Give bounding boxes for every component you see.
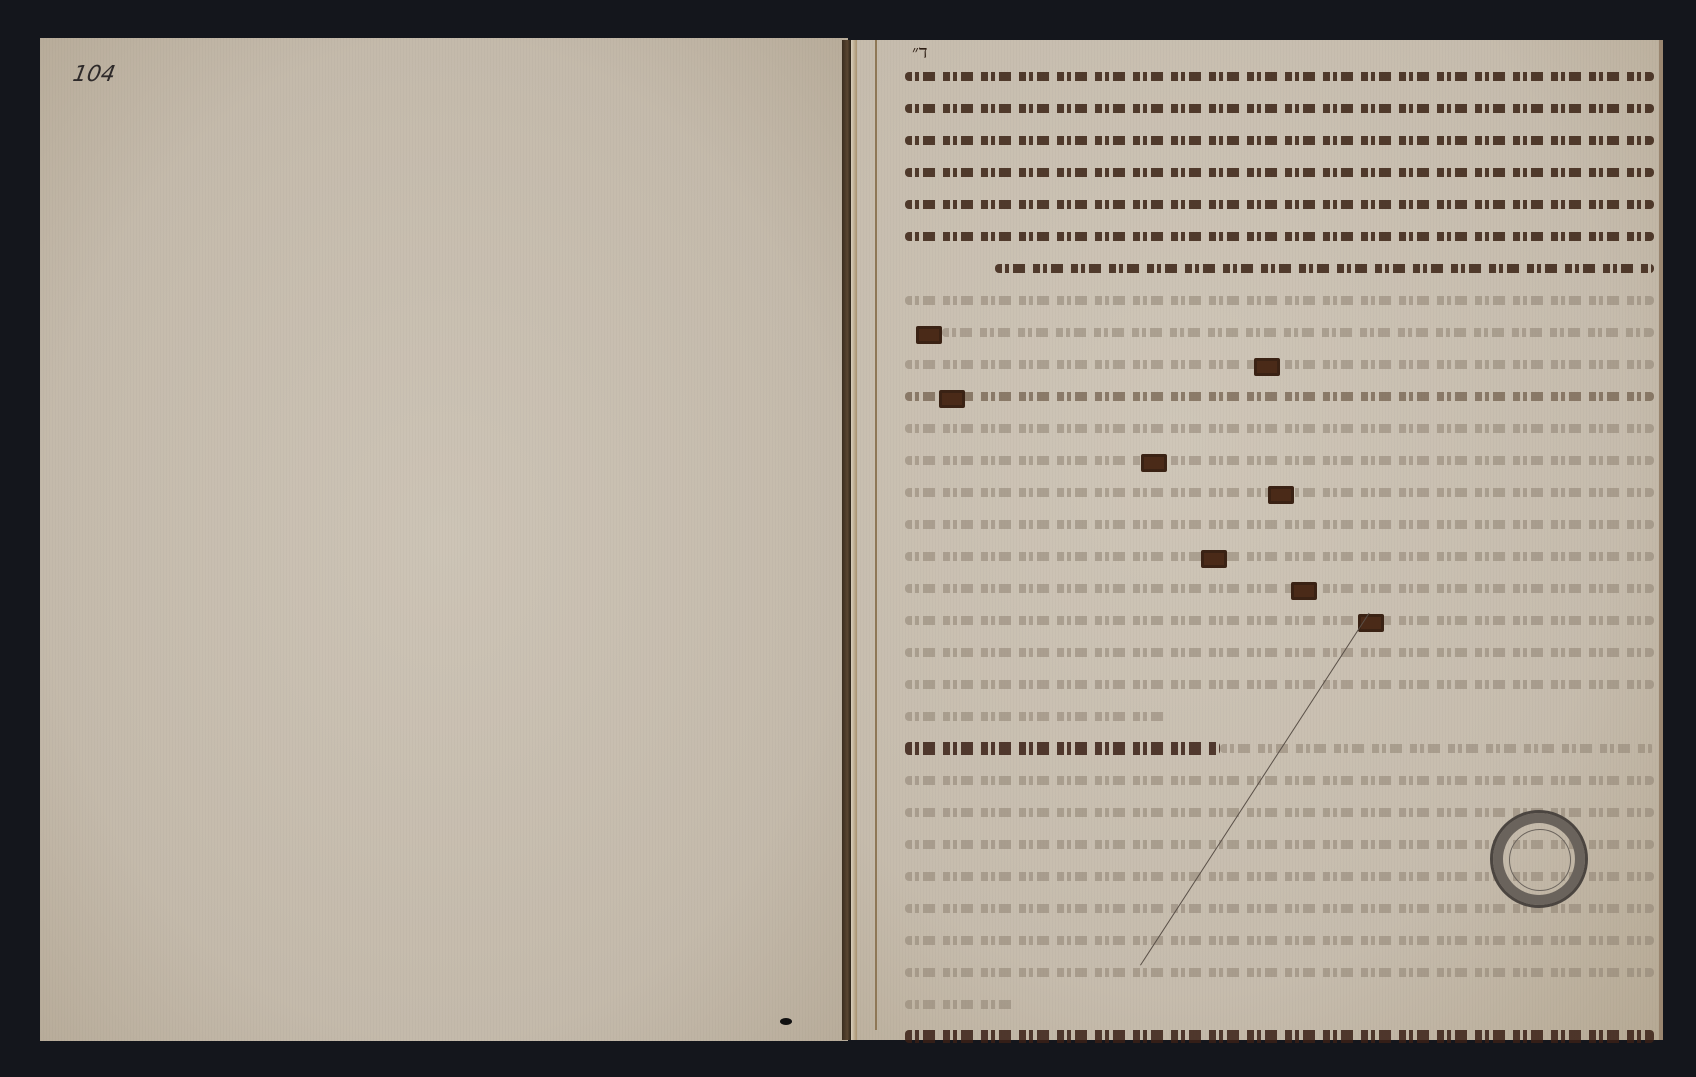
text-line	[905, 574, 1654, 606]
text-line	[905, 94, 1654, 126]
ink-blot	[780, 1018, 792, 1025]
text-line	[905, 926, 1654, 958]
text-line	[905, 190, 1654, 222]
left-page	[40, 38, 848, 1041]
text-line	[905, 318, 1654, 350]
stamp-inner-ring	[1509, 829, 1571, 891]
gutter-fold-line	[875, 40, 877, 1030]
book-gutter	[842, 40, 851, 1040]
text-line	[905, 766, 1654, 798]
text-line	[905, 606, 1654, 638]
section-heading-line	[905, 1022, 1654, 1054]
text-line	[905, 126, 1654, 158]
text-line	[905, 62, 1654, 94]
folio-mark: ד״	[912, 42, 928, 63]
text-line	[905, 990, 1654, 1022]
text-line	[905, 478, 1654, 510]
text-line	[905, 702, 1654, 734]
library-stamp	[1490, 810, 1588, 908]
text-line	[905, 510, 1654, 542]
text-line	[905, 542, 1654, 574]
text-line	[905, 158, 1654, 190]
text-line	[905, 446, 1654, 478]
text-line	[905, 958, 1654, 990]
text-line	[905, 254, 1654, 286]
text-line	[905, 382, 1654, 414]
text-line	[905, 286, 1654, 318]
text-line	[905, 222, 1654, 254]
text-line	[905, 350, 1654, 382]
folio-number: 104	[71, 62, 117, 87]
text-line	[905, 638, 1654, 670]
text-line	[905, 670, 1654, 702]
text-line	[905, 414, 1654, 446]
